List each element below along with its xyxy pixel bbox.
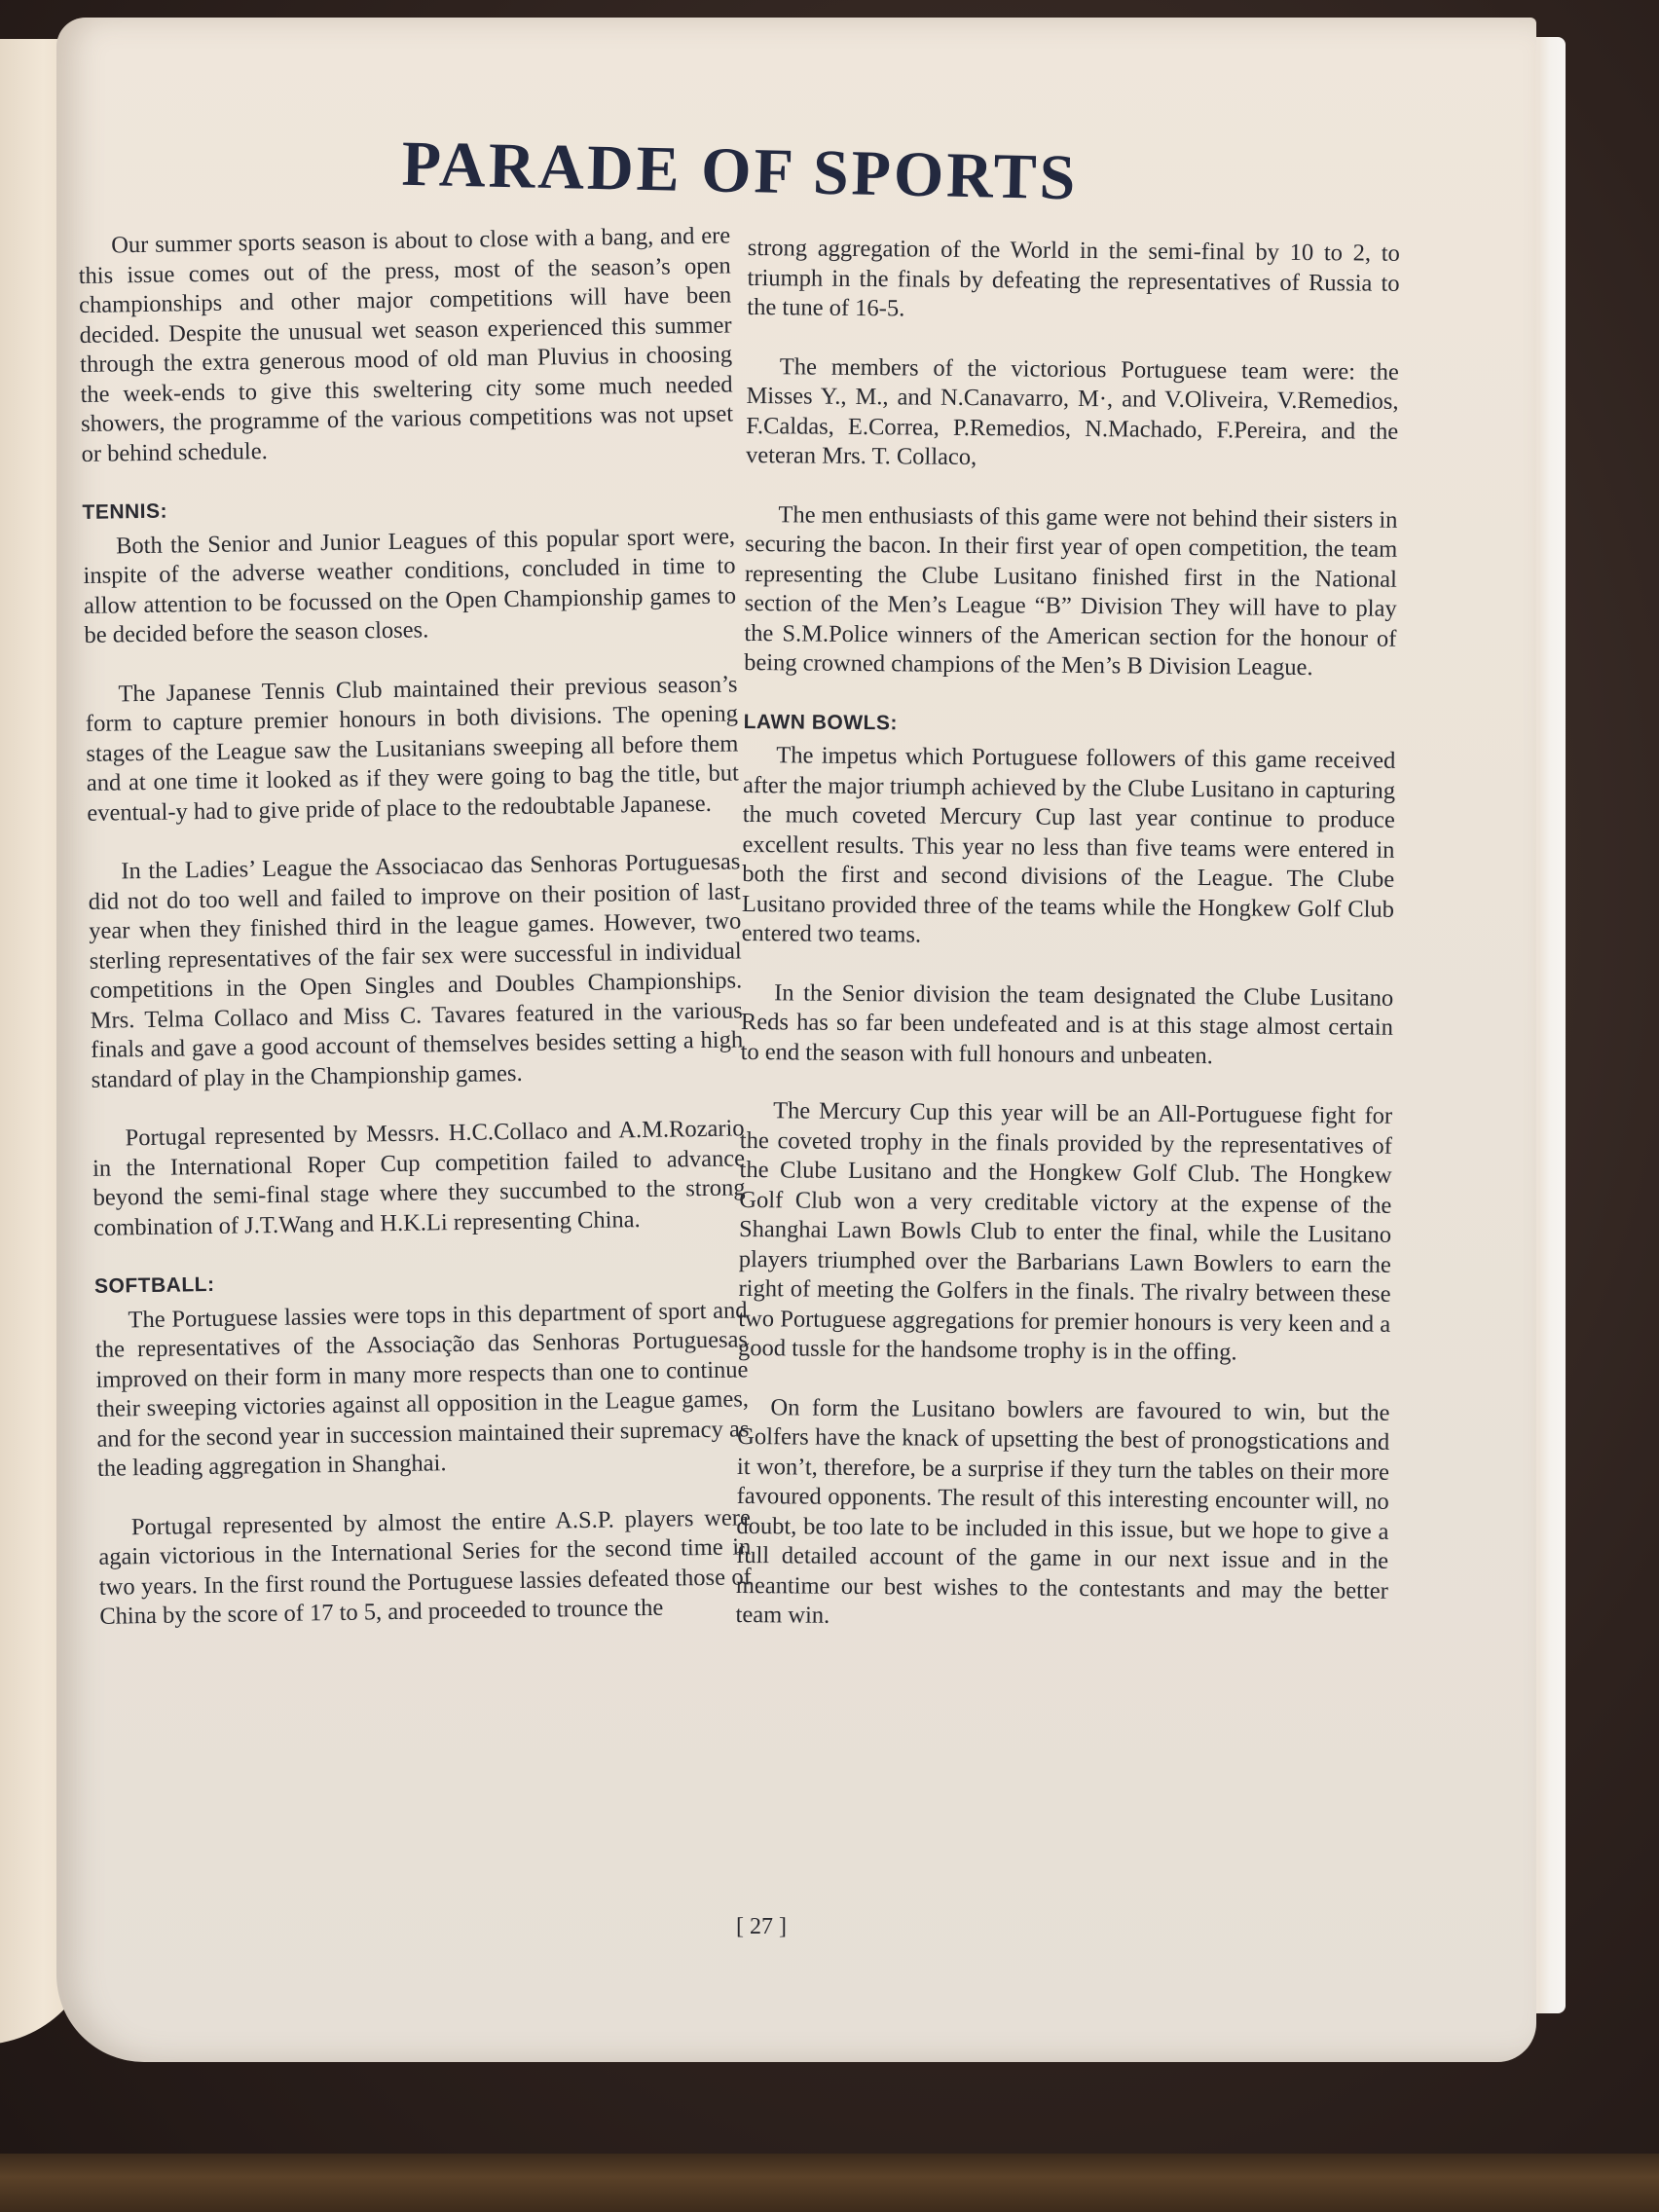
section-heading-lawn-bowls: LAWN BOWLS: [743, 707, 1395, 742]
tennis-paragraph: The Japanese Tennis Club maintained thei… [85, 670, 739, 829]
right-column: strong aggregation of the World in the s… [735, 234, 1400, 1665]
table-surface [0, 2154, 1659, 2212]
tennis-paragraph: Portugal represented by Messrs. H.C.Coll… [92, 1114, 746, 1243]
left-column: Our summer sports season is about to clo… [78, 221, 753, 1661]
lawn-bowls-paragraph: The impetus which Portuguese followers o… [742, 741, 1396, 954]
section-heading-tennis: TENNIS: [82, 488, 734, 528]
lawn-bowls-paragraph: In the Senior division the team designat… [741, 977, 1394, 1072]
section-heading-softball: SOFTBALL: [94, 1262, 747, 1302]
softball-team-members-paragraph: The members of the victorious Portuguese… [746, 351, 1399, 476]
softball-paragraph: Portugal represented by almost the entir… [98, 1503, 753, 1633]
softball-continued-paragraph: strong aggregation of the World in the s… [747, 234, 1400, 328]
softball-paragraph: The Portuguese lassies were tops in this… [94, 1296, 750, 1485]
tennis-paragraph: Both the Senior and Junior Leagues of th… [83, 522, 737, 651]
lawn-bowls-paragraph: On form the Lusitano bowlers are favoure… [735, 1392, 1389, 1636]
lawn-bowls-paragraph: The Mercury Cup this year will be an All… [738, 1096, 1392, 1369]
intro-paragraph: Our summer sports season is about to clo… [78, 221, 734, 468]
softball-men-paragraph: The men enthusiasts of this game were no… [744, 499, 1398, 683]
page-number: [ 27 ] [736, 1914, 787, 1940]
page-title: PARADE OF SPORTS [369, 127, 1110, 216]
tennis-paragraph: In the Ladies’ League the Associacao das… [88, 847, 744, 1094]
